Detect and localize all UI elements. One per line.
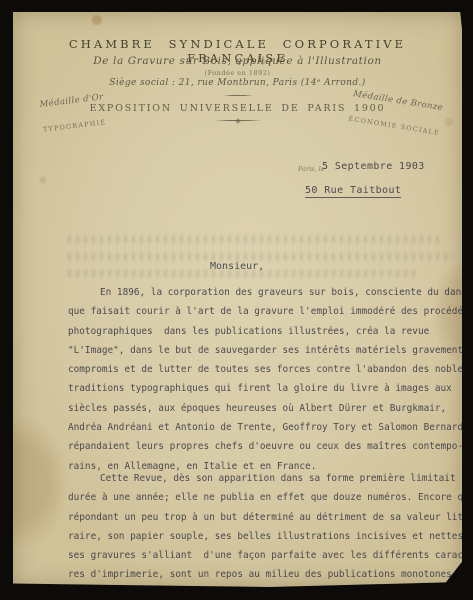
siege-social-line: Siège social : 21, rue Montbrun, Paris (… [13, 78, 462, 88]
medal-note-left: Médaille d'Or TYPOGRAPHIE [39, 92, 107, 134]
sender-address: 50 Rue Taitbout [305, 185, 401, 198]
paragraph-1: En 1896, la corporation des graveurs sur… [68, 283, 470, 476]
date-line: 5 Septembre 1903 [322, 161, 425, 172]
typed-line: res d'imprimerie, sont un repos au milie… [68, 565, 470, 584]
ornament-rule [214, 120, 262, 121]
typed-line: que faisait courir à l'art de la gravure… [68, 302, 470, 321]
founded-line: (Fondée en 1892) [13, 69, 462, 77]
paragraph-2: Cette Revue, dès son apparition dans sa … [68, 469, 470, 585]
typed-line: compromis et de lutter de toutes ses for… [68, 360, 470, 379]
bleed-through-line [68, 253, 453, 260]
medal-right-title: Médaille de Bronze [351, 89, 444, 113]
typed-line: répondant un peu trop à un but déterminé… [68, 508, 470, 527]
letter-page: CHAMBRE SYNDICALE CORPORATIVE FRANÇAISE … [13, 12, 462, 587]
org-subtitle: De la Gravure sur Bois, appliquée à l'Il… [13, 55, 462, 67]
typed-line: photographiques dans les publications il… [68, 322, 470, 341]
typed-line: raire, son papier souple, ses belles ill… [68, 527, 470, 546]
typed-line: "L'Image", dans le but de sauvegarder se… [68, 341, 470, 360]
bleed-through-line [68, 236, 440, 243]
typed-line: Andréa Andréani et Antonio de Trente, Ge… [68, 418, 470, 437]
scanned-letter-photo: CHAMBRE SYNDICALE CORPORATIVE FRANÇAISE … [0, 0, 473, 600]
medal-left-title: Médaille d'Or [39, 92, 104, 110]
medal-right-category: ÉCONOMIE SOCIALE [348, 115, 441, 137]
medal-note-right: Médaille de Bronze ÉCONOMIE SOCIALE [348, 89, 445, 137]
typed-line: traditions typographiques qui firent la … [68, 379, 470, 398]
medal-left-category: TYPOGRAPHIE [42, 118, 107, 134]
typed-line: répandaient leurs propres chefs d'oeuvre… [68, 437, 470, 456]
salutation: Monsieur, [210, 261, 264, 272]
typed-line: durée à une année; elle ne publia en eff… [68, 488, 470, 507]
ornament-rule [223, 95, 253, 96]
place-label: Paris, le [298, 165, 325, 173]
typed-line: ses gravures s'alliant d'une façon parfa… [68, 546, 470, 565]
typed-line: En 1896, la corporation des graveurs sur… [68, 283, 470, 302]
typed-line: Cette Revue, dès son apparition dans sa … [68, 469, 470, 488]
typed-line: siècles passés, aux époques heureuses où… [68, 399, 470, 418]
